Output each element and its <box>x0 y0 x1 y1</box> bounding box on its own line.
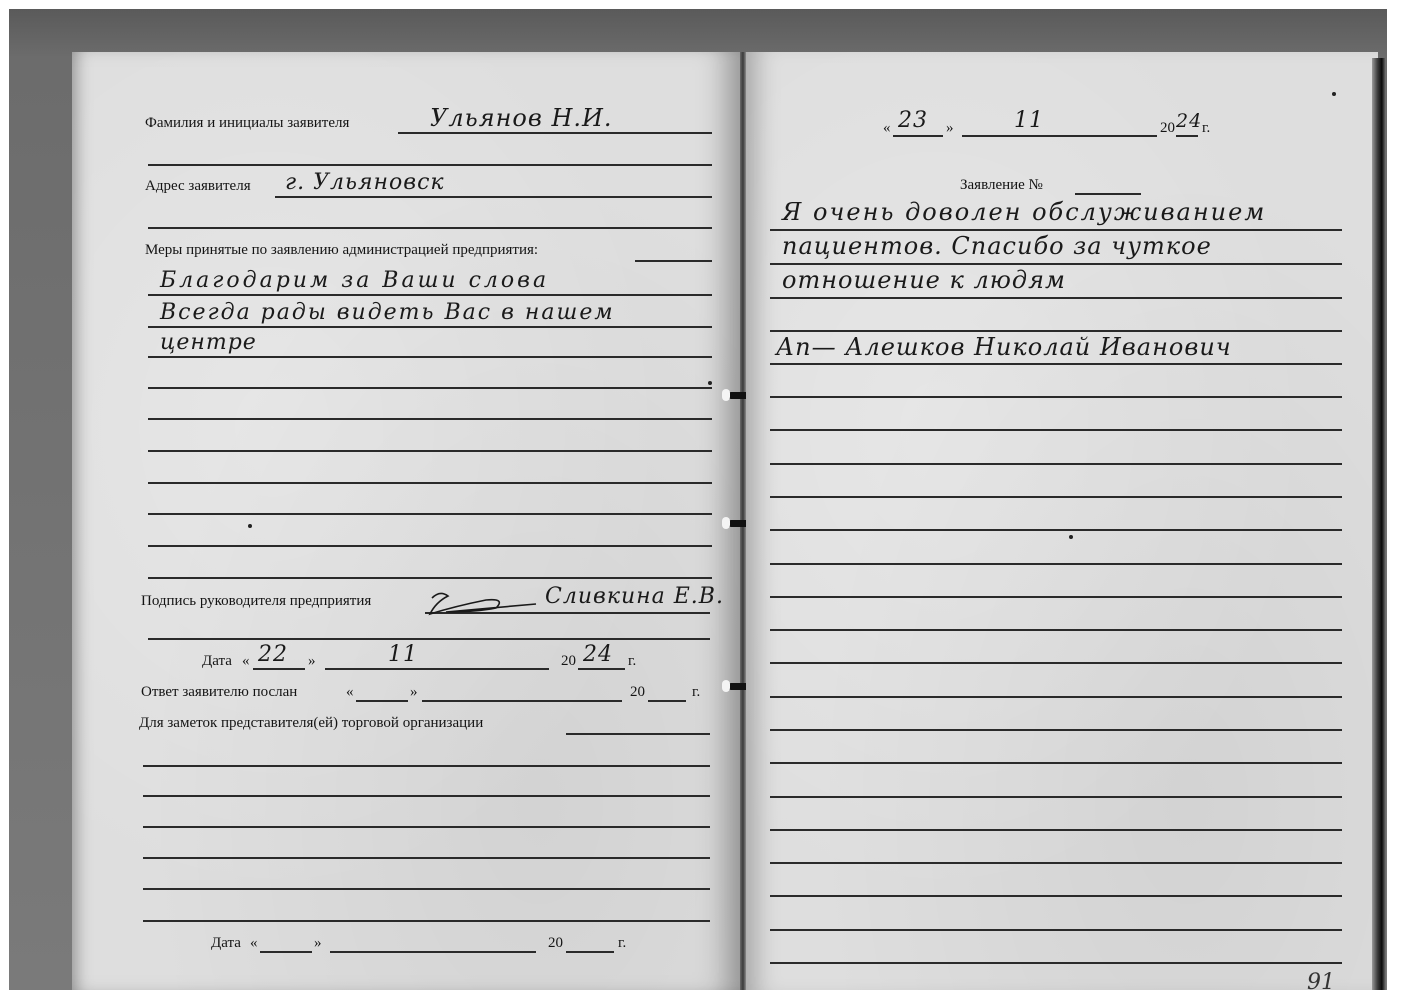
ruled-line <box>770 729 1342 731</box>
notes-date-open-quote: « <box>250 934 258 952</box>
applicant-address-value[interactable]: г. Ульяновск <box>285 170 445 195</box>
ruled-line <box>143 765 710 767</box>
statement-text-line-3[interactable]: отношение к людям <box>782 266 1066 294</box>
ruled-line <box>143 888 710 890</box>
ink-dot <box>1069 535 1073 539</box>
reply-sent-label: Ответ заявителю послан <box>141 683 297 701</box>
ruled-line <box>770 396 1342 398</box>
date-label: Дата <box>202 652 232 670</box>
notes-date-year-unit: г. <box>618 934 626 952</box>
statement-date-year-prefix: 20 <box>1160 119 1175 137</box>
applicant-name-label: Фамилия и инициалы заявителя <box>145 114 349 132</box>
measures-line-2[interactable]: Всегда рады видеть Вас в нашем <box>160 300 615 325</box>
date-day-line <box>253 668 305 670</box>
date-open-quote: « <box>242 652 250 670</box>
ruled-line <box>143 826 710 828</box>
ruled-line <box>148 387 712 389</box>
statement-number-label: Заявление № <box>960 176 1043 194</box>
page-number: 91 <box>1307 970 1335 995</box>
page-stack-edge <box>1372 58 1386 990</box>
ruled-line <box>770 330 1342 332</box>
ruled-line <box>148 577 712 579</box>
statement-text-line-1[interactable]: Я очень доволен обслуживанием <box>782 198 1266 226</box>
manager-signature-name[interactable]: Сливкина Е.В. <box>545 584 724 609</box>
notes-date-year-line[interactable] <box>566 951 614 953</box>
statement-text-line-2[interactable]: пациентов. Спасибо за чуткое <box>782 232 1212 260</box>
ruled-line <box>770 762 1342 764</box>
statement-date-close-quote: » <box>946 119 954 137</box>
statement-number-line[interactable] <box>1075 193 1141 195</box>
ruled-line <box>770 363 1342 365</box>
applicant-address-line <box>275 196 712 198</box>
ruled-line <box>770 629 1342 631</box>
notes-date-day-line[interactable] <box>260 951 312 953</box>
ink-dot <box>248 524 252 528</box>
ruled-line <box>770 862 1342 864</box>
ruled-line <box>770 429 1342 431</box>
ruled-line <box>770 662 1342 664</box>
applicant-address-label: Адрес заявителя <box>145 177 251 195</box>
ruled-line <box>770 929 1342 931</box>
reply-open-quote: « <box>346 683 354 701</box>
ruled-line <box>143 857 710 859</box>
reply-year-prefix: 20 <box>630 683 645 701</box>
right-page <box>746 52 1378 990</box>
notes-label-line <box>566 733 710 735</box>
statement-date-year[interactable]: 24 <box>1176 110 1202 132</box>
ruled-line <box>770 263 1342 265</box>
ruled-line <box>770 895 1342 897</box>
notes-date-month-line[interactable] <box>330 951 536 953</box>
ruled-line <box>148 513 712 515</box>
notes-date-label: Дата <box>211 934 241 952</box>
statement-signature[interactable]: Ап— Алешков Николай Иванович <box>776 333 1232 361</box>
notes-label: Для заметок представителя(ей) торговой о… <box>139 714 483 732</box>
ruled-line <box>143 920 710 922</box>
ruled-line <box>770 229 1342 231</box>
ruled-line <box>770 563 1342 565</box>
ruled-line <box>770 696 1342 698</box>
ruled-line <box>770 796 1342 798</box>
ruled-line <box>770 596 1342 598</box>
reply-year-line[interactable] <box>648 700 686 702</box>
ruled-line <box>770 962 1342 964</box>
statement-date-month[interactable]: 11 <box>1014 108 1044 133</box>
date-year-value[interactable]: 24 <box>583 642 613 667</box>
ruled-line <box>770 496 1342 498</box>
measures-label-line <box>635 260 712 262</box>
ruled-line <box>770 463 1342 465</box>
date-month-line <box>325 668 549 670</box>
statement-date-year-line <box>1176 135 1198 137</box>
ruled-line <box>148 545 712 547</box>
ruled-line <box>148 418 712 420</box>
applicant-name-value[interactable]: Ульянов Н.И. <box>430 104 613 132</box>
reply-month-line[interactable] <box>422 700 622 702</box>
statement-date-day-line <box>893 135 943 137</box>
date-month-value[interactable]: 11 <box>388 642 418 667</box>
ruled-line <box>148 326 712 328</box>
ink-dot <box>1332 92 1336 96</box>
date-day-value[interactable]: 22 <box>258 642 288 667</box>
date-close-quote: » <box>308 652 316 670</box>
ruled-line <box>148 294 712 296</box>
reply-close-quote: » <box>410 683 418 701</box>
ruled-line <box>143 795 710 797</box>
manager-signature-label: Подпись руководителя предприятия <box>141 592 371 610</box>
reply-day-line[interactable] <box>356 700 408 702</box>
statement-date-day[interactable]: 23 <box>898 108 928 133</box>
ruled-line <box>148 638 710 640</box>
date-year-line <box>578 668 625 670</box>
date-year-unit: г. <box>628 652 636 670</box>
ruled-line <box>770 297 1342 299</box>
ruled-line <box>770 529 1342 531</box>
ruled-line <box>148 356 712 358</box>
ruled-line <box>148 164 712 166</box>
ruled-line <box>148 227 712 229</box>
reply-year-unit: г. <box>692 683 700 701</box>
signature-flourish <box>426 588 546 622</box>
applicant-name-line <box>398 132 712 134</box>
measures-line-3[interactable]: центре <box>160 330 257 355</box>
notes-date-close-quote: » <box>314 934 322 952</box>
ruled-line <box>148 482 712 484</box>
measures-line-1[interactable]: Благодарим за Ваши слова <box>160 268 549 293</box>
date-year-prefix: 20 <box>561 652 576 670</box>
statement-date-open-quote: « <box>883 119 891 137</box>
statement-date-month-line <box>962 135 1157 137</box>
measures-label: Меры принятые по заявлению администрацие… <box>145 241 538 259</box>
notes-date-year-prefix: 20 <box>548 934 563 952</box>
ink-dot <box>708 381 712 385</box>
statement-date-year-unit: г. <box>1202 119 1210 137</box>
ruled-line <box>770 829 1342 831</box>
ruled-line <box>148 450 712 452</box>
